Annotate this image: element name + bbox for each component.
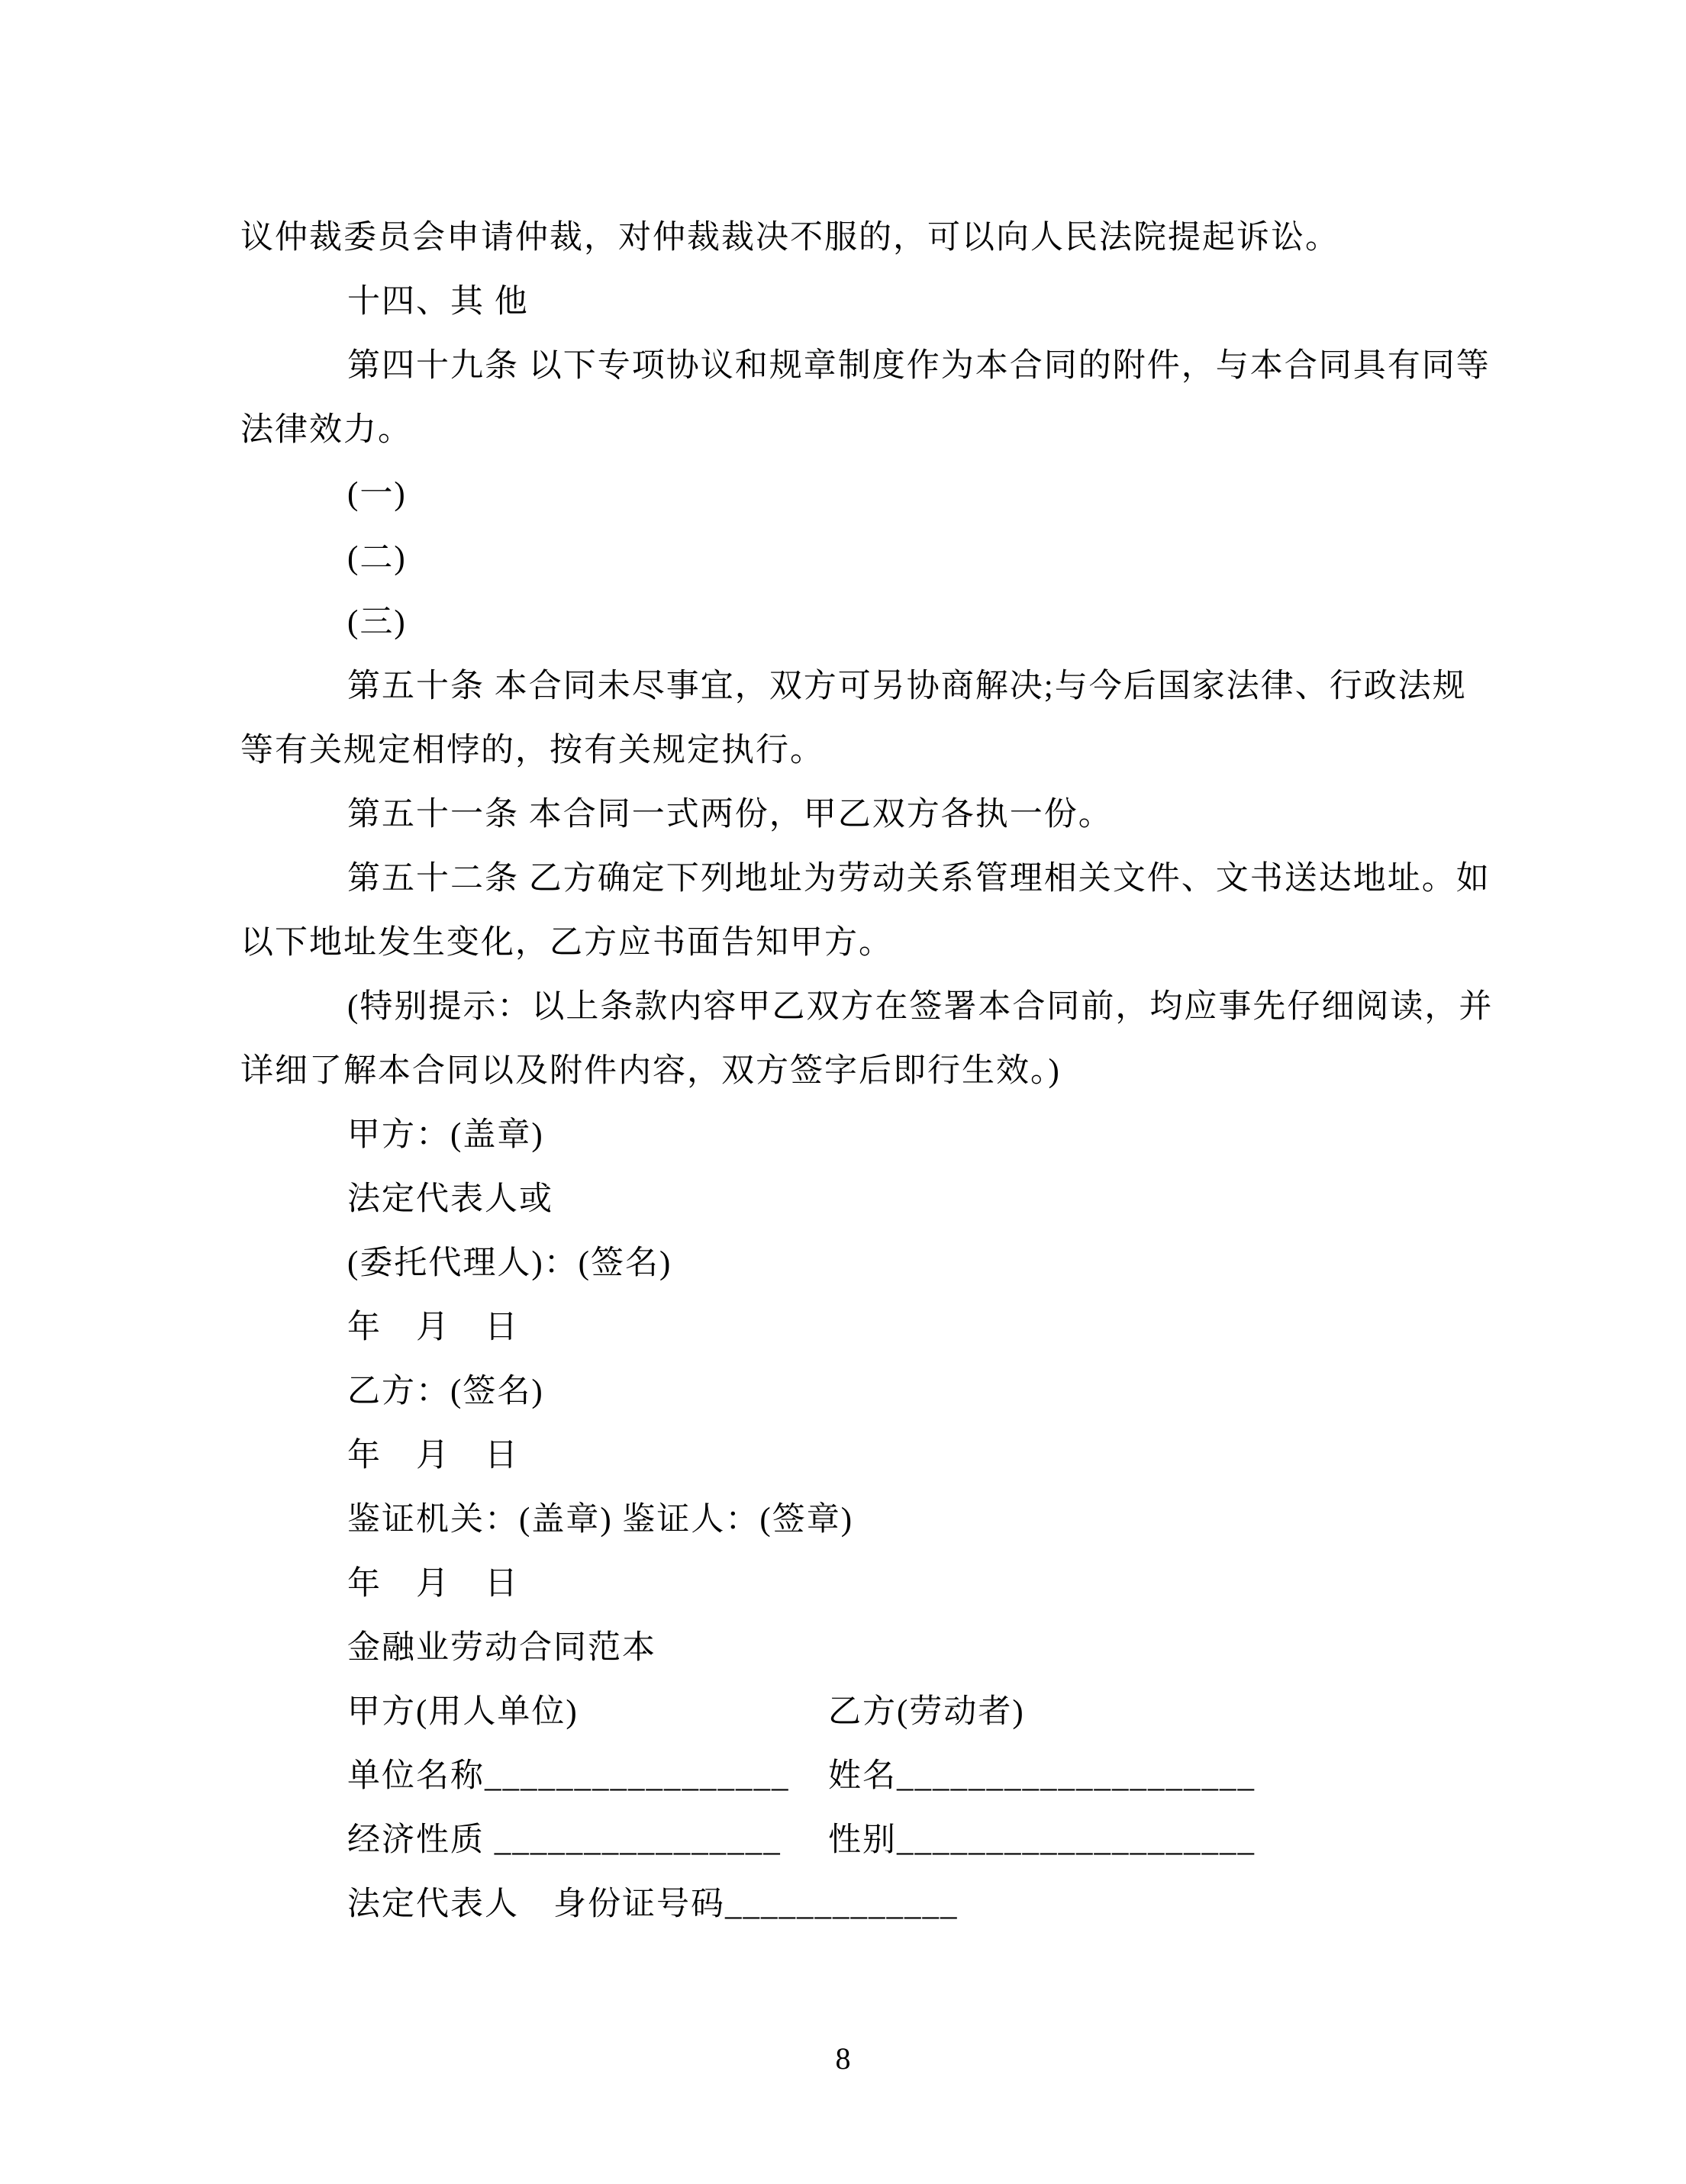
party-b-label: 乙方(劳动者) xyxy=(828,1680,1025,1744)
line-text: 第四十九条 以下专项协议和规章制度作为本合同的附件，与本合同具有同等 xyxy=(347,348,1491,384)
line-text: 详细了解本合同以及附件内容，双方签字后即行生效。) xyxy=(240,1053,1061,1089)
party-a-label: 甲方(用人单位) xyxy=(347,1694,579,1730)
attestation-line: 鉴证机关：(盖章) 鉴证人：(签章) xyxy=(240,1488,1481,1552)
line-text: 第五十一条 本合同一式两份，甲乙双方各执一份。 xyxy=(347,797,1113,833)
notice-line: 详细了解本合同以及附件内容，双方签字后即行生效。) xyxy=(240,1039,1481,1103)
page-number: 8 xyxy=(0,2036,1686,2082)
contract-document-page: 议仲裁委员会申请仲裁，对仲裁裁决不服的，可以向人民法院提起诉讼。 十四、其 他 … xyxy=(0,0,1686,2184)
line-text: 乙方：(签名) xyxy=(347,1374,544,1409)
line-text: 甲方：(盖章) xyxy=(347,1117,544,1153)
clause-line: 第四十九条 以下专项协议和规章制度作为本合同的附件，与本合同具有同等 xyxy=(240,334,1481,398)
line-text: (特别提示：以上条款内容甲乙双方在签署本合同前，均应事先仔细阅读，并 xyxy=(347,989,1493,1025)
line-text: 等有关规定相悖的，按有关规定执行。 xyxy=(240,733,824,768)
line-text: 年 月 日 xyxy=(347,1309,519,1345)
notice-line: (特别提示：以上条款内容甲乙双方在签署本合同前，均应事先仔细阅读，并 xyxy=(240,975,1481,1039)
date-line: 年 月 日 xyxy=(240,1296,1481,1360)
line-text: 议仲裁委员会申请仲裁，对仲裁裁决不服的，可以向人民法院提起诉讼。 xyxy=(240,220,1339,256)
line-text: (委托代理人)：(签名) xyxy=(347,1245,672,1281)
employee-name-blank: 姓名____________________ xyxy=(828,1744,1256,1809)
line-text: 金融业劳动合同范本 xyxy=(347,1630,656,1666)
line-text: 第五十条 本合同未尽事宜，双方可另协商解决;与今后国家法律、行政法规 xyxy=(347,668,1467,704)
signature-line-party-b: 乙方：(签名) xyxy=(240,1360,1481,1424)
line-text: 法定代表人 身份证号码_____________ xyxy=(347,1886,959,1922)
line-text: 法律效力。 xyxy=(240,412,412,448)
document-subtitle: 金融业劳动合同范本 xyxy=(240,1616,1481,1680)
line-text: 十四、其 他 xyxy=(347,284,529,320)
gender-blank: 性别____________________ xyxy=(828,1809,1256,1873)
list-item: (一) xyxy=(240,462,1481,527)
paragraph-line: 等有关规定相悖的，按有关规定执行。 xyxy=(240,719,1481,783)
date-line: 年 月 日 xyxy=(240,1552,1481,1616)
line-text: (一) xyxy=(347,476,407,512)
clause-line: 第五十一条 本合同一式两份，甲乙双方各执一份。 xyxy=(240,783,1481,847)
line-text: 年 月 日 xyxy=(347,1438,519,1474)
signature-line: 法定代表人或 xyxy=(240,1168,1481,1232)
two-column-line: 单位名称_________________姓名_________________… xyxy=(240,1744,1481,1809)
clause-line: 第五十条 本合同未尽事宜，双方可另协商解决;与今后国家法律、行政法规 xyxy=(240,655,1481,719)
line-text: 年 月 日 xyxy=(347,1566,519,1602)
document-body: 议仲裁委员会申请仲裁，对仲裁裁决不服的，可以向人民法院提起诉讼。 十四、其 他 … xyxy=(240,206,1481,1937)
signature-line: (委托代理人)：(签名) xyxy=(240,1232,1481,1296)
line-text: 以下地址发生变化，乙方应书面告知甲方。 xyxy=(240,925,893,961)
line-text: (三) xyxy=(347,604,407,640)
two-column-line: 经济性质 ________________性别_________________… xyxy=(240,1809,1481,1873)
date-line: 年 月 日 xyxy=(240,1424,1481,1488)
company-name-blank: 单位名称_________________ xyxy=(347,1758,790,1794)
paragraph-line: 议仲裁委员会申请仲裁，对仲裁裁决不服的，可以向人民法院提起诉讼。 xyxy=(240,206,1481,270)
list-item: (二) xyxy=(240,527,1481,591)
line-text: 鉴证机关：(盖章) 鉴证人：(签章) xyxy=(347,1502,853,1538)
paragraph-line: 以下地址发生变化，乙方应书面告知甲方。 xyxy=(240,911,1481,975)
economic-type-blank: 经济性质 ________________ xyxy=(347,1822,782,1858)
signature-line-party-a: 甲方：(盖章) xyxy=(240,1103,1481,1168)
line-text: (二) xyxy=(347,540,407,576)
section-heading: 十四、其 他 xyxy=(240,270,1481,334)
clause-line: 第五十二条 乙方确定下列地址为劳动关系管理相关文件、文书送达地址。如 xyxy=(240,847,1481,911)
line-text: 法定代表人或 xyxy=(347,1181,553,1217)
line-text: 第五十二条 乙方确定下列地址为劳动关系管理相关文件、文书送达地址。如 xyxy=(347,861,1491,897)
list-item: (三) xyxy=(240,591,1481,655)
legal-representative-blank: 法定代表人 身份证号码_____________ xyxy=(240,1873,1481,1937)
two-column-line: 甲方(用人单位)乙方(劳动者) xyxy=(240,1680,1481,1744)
paragraph-line: 法律效力。 xyxy=(240,398,1481,462)
